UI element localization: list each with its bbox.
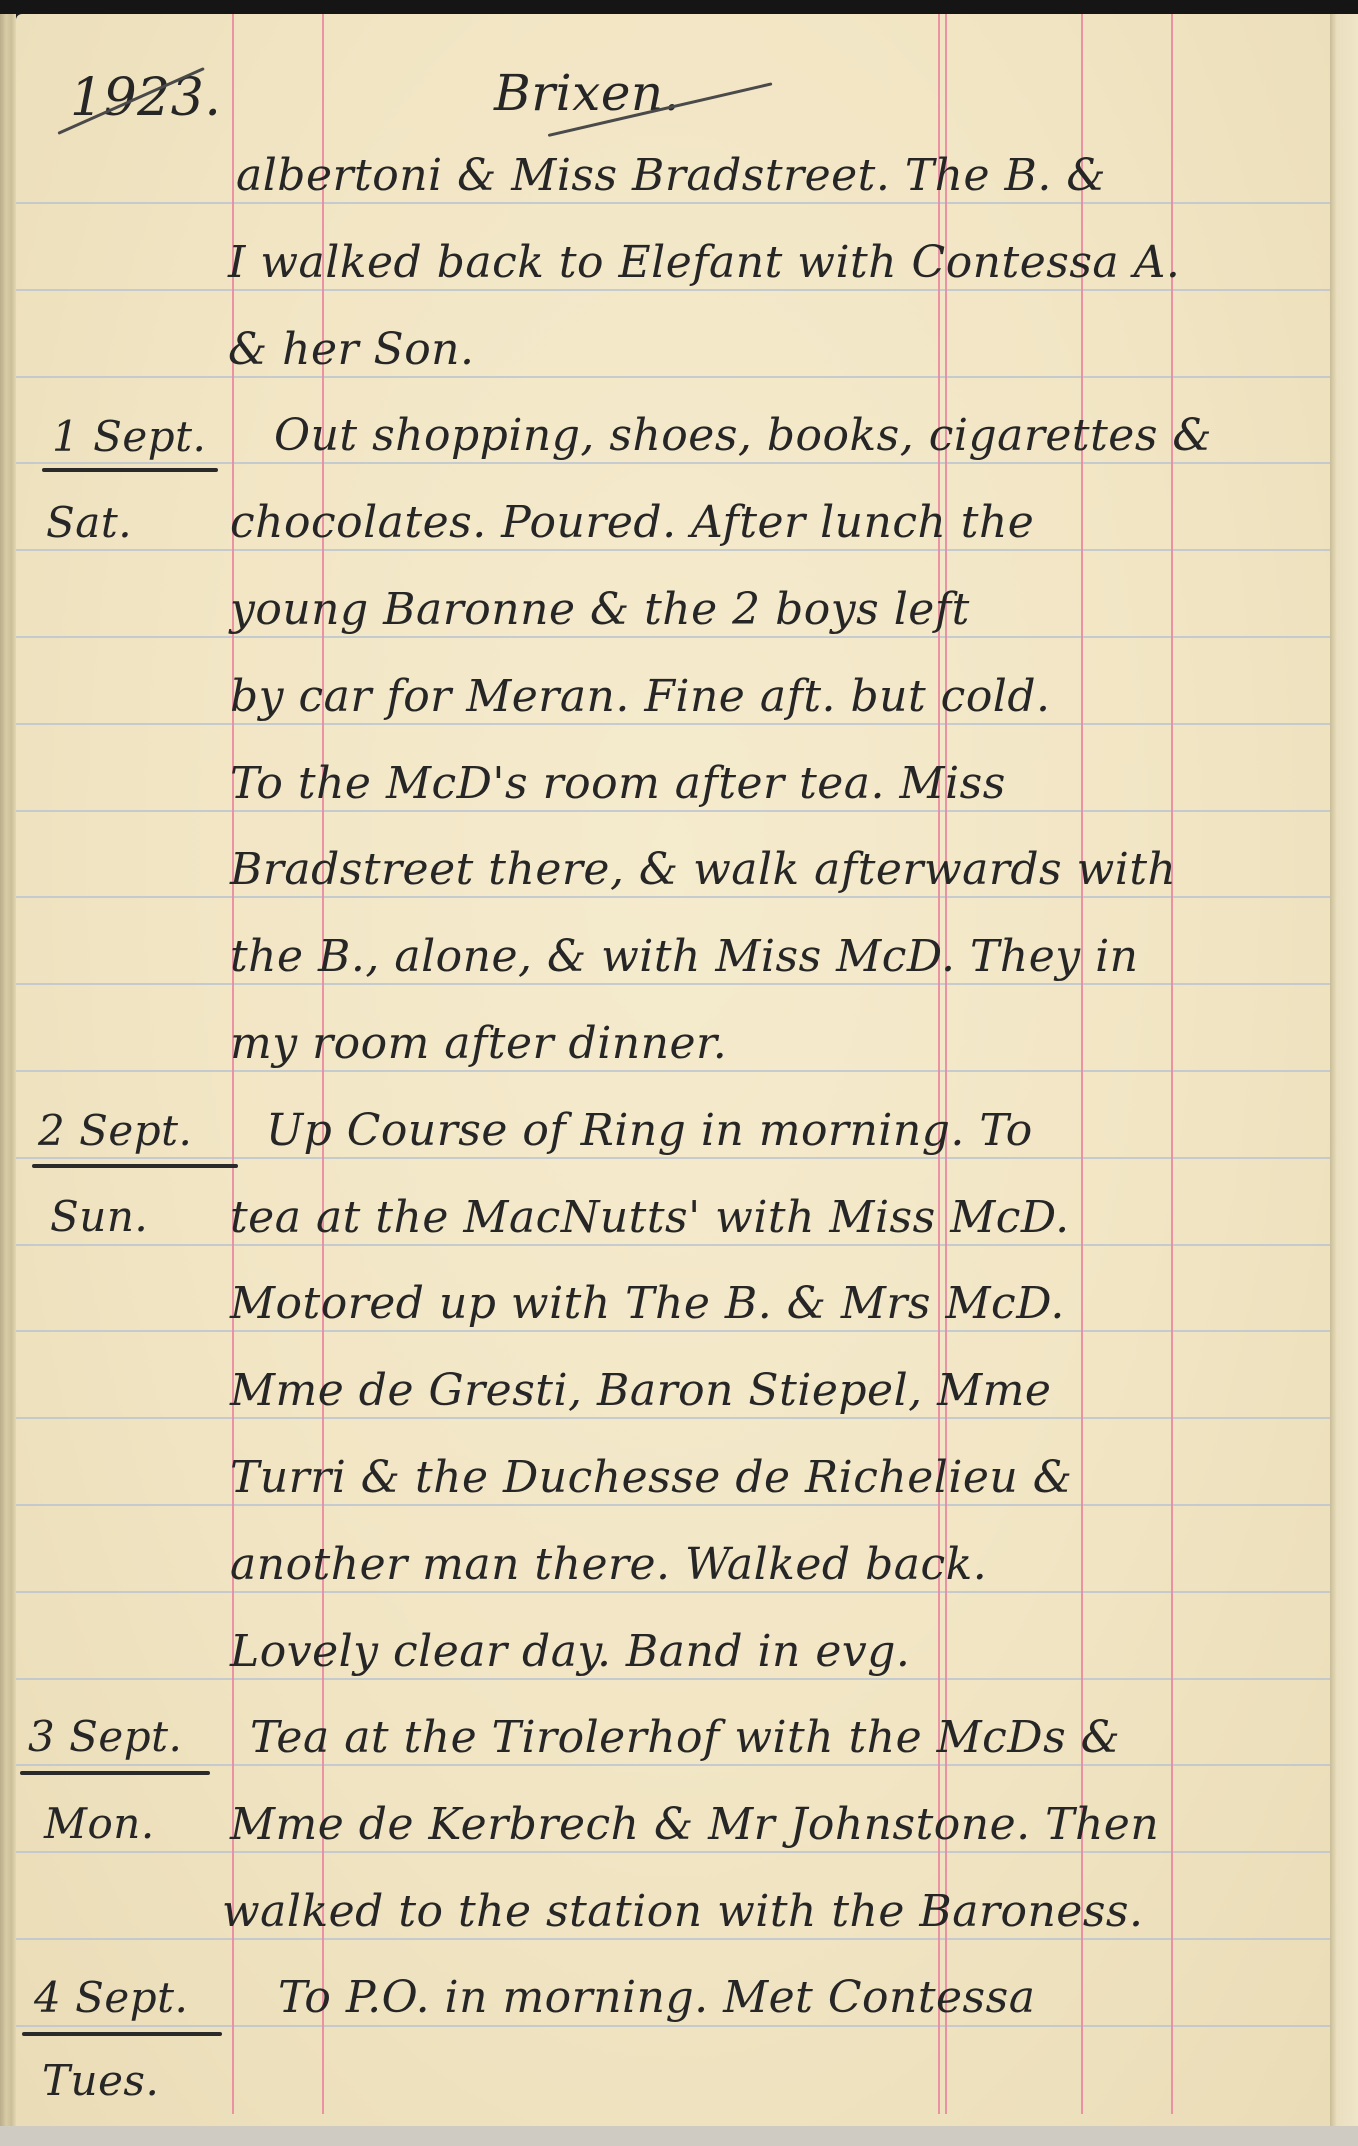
ruled-line (16, 1591, 1330, 1593)
ruled-line (16, 202, 1330, 204)
date-label: 2 Sept. (38, 1110, 192, 1152)
entry-line: Motored up with The B. & Mrs McD. (230, 1282, 1065, 1326)
weekday-label: Sun. (50, 1196, 148, 1238)
entry-line: Bradstreet there, & walk afterwards with (230, 848, 1176, 892)
date-underline (32, 1164, 238, 1168)
date-label: 4 Sept. (34, 1977, 188, 2019)
entry-line: walked to the station with the Baroness. (222, 1890, 1143, 1934)
ruled-line (16, 289, 1330, 291)
page-stack-edge (0, 14, 16, 2126)
scanner-bottom-edge (0, 2126, 1358, 2146)
ruled-line (16, 549, 1330, 551)
date-underline (22, 2032, 222, 2036)
ruled-line (16, 1851, 1330, 1853)
ruled-line (16, 1244, 1330, 1246)
ruled-line (16, 1157, 1330, 1159)
date-underline (20, 1771, 210, 1775)
margin-line (1171, 14, 1173, 2114)
entry-line: Mme de Gresti, Baron Stiepel, Mme (230, 1369, 1051, 1413)
ruled-line (16, 462, 1330, 464)
entry-line: Turri & the Duchesse de Richelieu & (230, 1456, 1072, 1500)
entry-line: Out shopping, shoes, books, cigarettes & (274, 414, 1212, 458)
entry-line: I walked back to Elefant with Contessa A… (228, 241, 1180, 285)
ruled-line (16, 2025, 1330, 2027)
adjacent-page-edge (1330, 14, 1358, 2126)
entry-line: Tea at the Tirolerhof with the McDs & (250, 1716, 1120, 1760)
ruled-line (16, 1330, 1330, 1332)
entry-line: albertoni & Miss Bradstreet. The B. & (236, 154, 1106, 198)
weekday-label: Mon. (44, 1803, 155, 1845)
date-underline (42, 468, 218, 472)
ruled-line (16, 810, 1330, 812)
entry-line: another man there. Walked back. (230, 1543, 987, 1587)
ruled-line (16, 983, 1330, 985)
ruled-line (16, 1504, 1330, 1506)
ruled-line (16, 896, 1330, 898)
date-label: 3 Sept. (28, 1716, 182, 1758)
ruled-line (16, 1070, 1330, 1072)
weekday-label: Sat. (46, 502, 132, 544)
ruled-line (16, 1764, 1330, 1766)
ruled-line (16, 376, 1330, 378)
entry-line: Up Course of Ring in morning. To (266, 1109, 1033, 1153)
ruled-line (16, 1678, 1330, 1680)
entry-line: & her Son. (228, 328, 475, 372)
scanner-top-edge (0, 0, 1358, 14)
entry-line: young Baronne & the 2 boys left (230, 588, 970, 632)
entry-line: Mme de Kerbrech & Mr Johnstone. Then (230, 1803, 1159, 1847)
entry-line: by car for Meran. Fine aft. but cold. (230, 675, 1051, 719)
entry-line: chocolates. Poured. After lunch the (230, 501, 1034, 545)
entry-line: To P.O. in morning. Met Contessa (278, 1976, 1035, 2020)
weekday-label: Tues. (42, 2060, 159, 2102)
entry-line: Lovely clear day. Band in evg. (230, 1630, 910, 1674)
entry-line: my room after dinner. (230, 1022, 727, 1066)
date-label: 1 Sept. (52, 416, 206, 458)
ruled-line (16, 1417, 1330, 1419)
entry-line: To the McD's room after tea. Miss (230, 762, 1006, 806)
ruled-line (16, 723, 1330, 725)
entry-line: tea at the MacNutts' with Miss McD. (230, 1196, 1070, 1240)
ruled-line (16, 1938, 1330, 1940)
ruled-line (16, 636, 1330, 638)
diary-page: 1923. Brixen. albertoni & Miss Bradstree… (16, 14, 1330, 2126)
entry-line: the B., alone, & with Miss McD. They in (230, 935, 1139, 979)
